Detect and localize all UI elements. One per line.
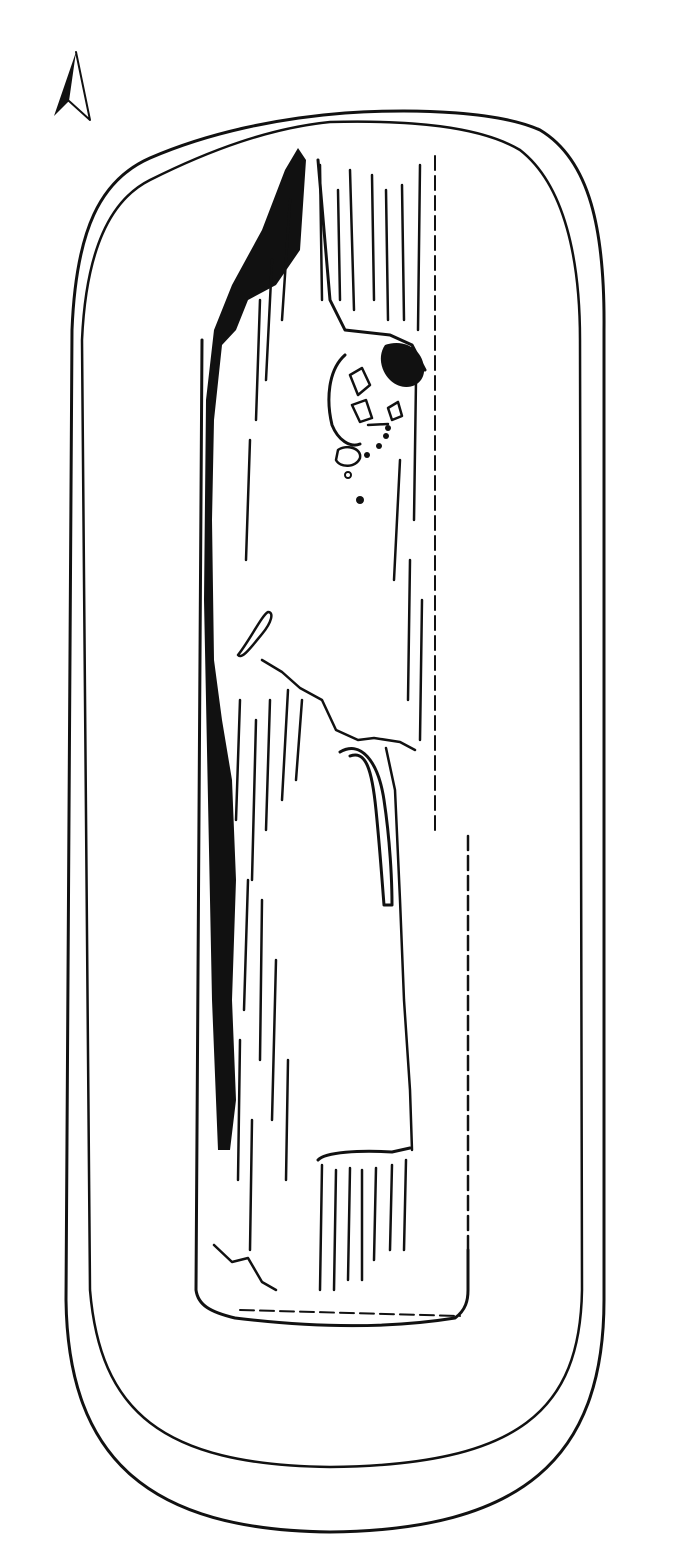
- grave-goods-cluster: [329, 343, 424, 504]
- north-arrow-icon: [54, 52, 90, 120]
- outer-pit-outline: [66, 111, 604, 1532]
- coffin-remains: [196, 148, 468, 1326]
- inner-pit-outline: [82, 122, 582, 1467]
- curved-object: [340, 749, 392, 905]
- grave-plan-drawing: [0, 0, 673, 1565]
- small-ring-object: [238, 612, 271, 656]
